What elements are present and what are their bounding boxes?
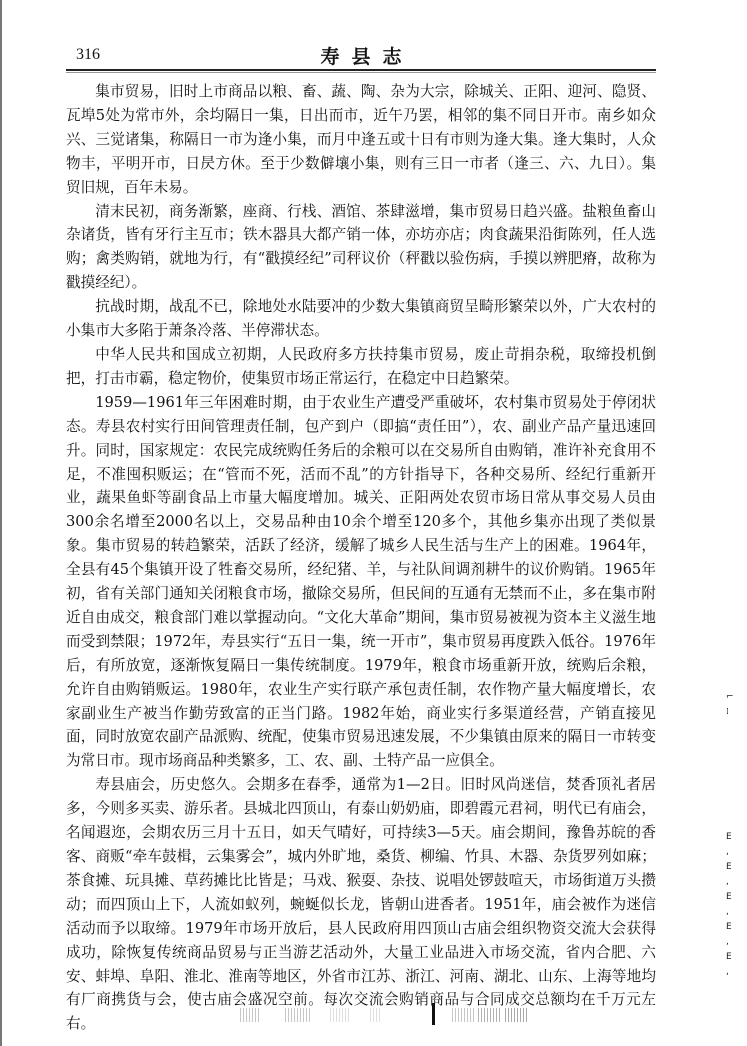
margin-mark: E (726, 920, 736, 935)
scan-footer-bar (432, 1003, 435, 1025)
margin-mark: ⌐ (726, 690, 736, 705)
body-text: 集市贸易，旧时上市商品以粮、畜、蔬、陶、杂为大宗，除城关、正阳、迎河、隐贤、瓦埠… (66, 80, 656, 1036)
margin-mark: E (726, 890, 736, 905)
scan-noise (285, 1008, 310, 1022)
margin-mark: E (726, 830, 736, 845)
page-header: 316 寿县志 (66, 38, 656, 68)
margin-mark: E (726, 950, 736, 965)
margin-mark: , (726, 965, 736, 980)
page-title: 寿县志 (66, 42, 656, 69)
scan-noise (505, 1008, 527, 1022)
header-rule (66, 69, 656, 71)
scan-noise (240, 1008, 260, 1022)
scan-margin-marks: ⌐ ⁞ E , E , E , E , E , (726, 690, 736, 980)
margin-mark: ⁞ (726, 705, 736, 720)
paragraph-1959-1982: 1959—1961年三年困难时期，由于农业生产遭受严重破坏，农村集市贸易处于停闭… (66, 391, 656, 774)
margin-mark: , (726, 935, 736, 950)
paragraph-prc-founding: 中华人民共和国成立初期，人民政府多方扶持集市贸易，废止苛捐杂税，取缔投机倒把，打… (66, 343, 656, 391)
margin-mark: , (726, 905, 736, 920)
header-rule-thin (66, 72, 656, 73)
scan-noise (478, 1008, 500, 1022)
paragraph-market-trade-old: 集市贸易，旧时上市商品以粮、畜、蔬、陶、杂为大宗，除城关、正阳、迎河、隐贤、瓦埠… (66, 80, 656, 200)
margin-mark: , (726, 875, 736, 890)
scan-noise (452, 1008, 474, 1022)
scan-noise (330, 1008, 350, 1022)
margin-mark: E (726, 860, 736, 875)
paragraph-temple-fair: 寿县庙会，历史悠久。会期多在春季，通常为1—2日。旧时风尚迷信，焚香顶礼者居多，… (66, 773, 656, 1036)
paragraph-war-period: 抗战时期，战乱不已，除地处水陆要冲的少数大集镇商贸呈畸形繁荣以外，广大农村的小集… (66, 295, 656, 343)
scan-noise (370, 1008, 380, 1022)
paragraph-late-qing: 清末民初，商务渐繁，座商、行栈、酒馆、茶肆滋增，集市贸易日趋兴盛。盐粮鱼畜山杂诸… (66, 200, 656, 296)
scan-left-border (0, 0, 2, 1046)
margin-mark: , (726, 845, 736, 860)
